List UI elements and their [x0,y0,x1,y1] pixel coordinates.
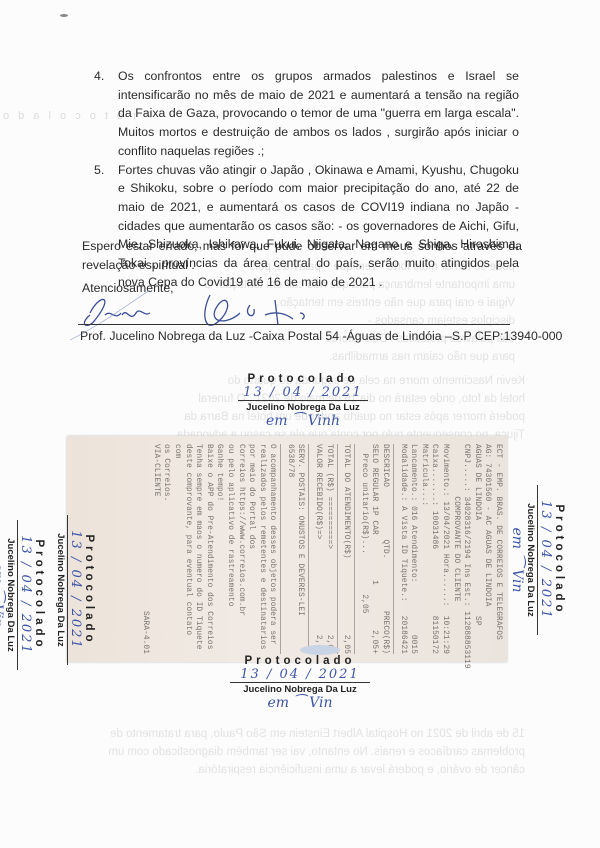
stamp-handwriting: em ⁀ Vin [509,485,525,635]
received-label: VALOR RECEBIDO(R$)=> [313,444,324,540]
scanned-document-page: P r o t o c o l a d o pode se tornar mai… [0,0,600,848]
list-item-text: Os confrontos entre os grupos armados pa… [118,69,519,158]
receipt-separator [280,444,281,654]
receipt-items-header: DESCRICAOQTD.PRECO(R$) [379,444,390,654]
receipt-meta-row: Movimento.: 13/04/2021 Hora......: 10:21… [439,444,450,654]
stamp-date: 13 / 04 / 2021 [537,485,553,635]
stamp-name: Jucelino Nobrega Da Luz [5,520,17,670]
receipt-total: TOTAL (R$) ==========>2,05 [323,444,334,654]
receipt-separator [354,444,355,654]
stamp-title: Protocolado [238,373,368,385]
item-desc: SELO REGULAR 1P CAR [369,444,380,535]
receipt-note: Ganhe tempo! [214,444,225,654]
protocol-stamp: Protocolado 13 / 04 / 2021 Jucelino Nobr… [0,520,45,670]
meta-label: Caixa.......: 10031486 Matricula...: [418,444,439,616]
list-item-number: 5. [94,161,104,180]
ink-smudge [300,645,340,655]
scan-mark [60,14,68,17]
protocol-stamp: Protocolado 13 / 04 / 2021 Jucelino Nobr… [238,373,368,429]
meta-value: 81150172 [418,616,439,654]
receipt-note: Correios https://www.correios.com.br [235,444,246,654]
stamp-date: 13 / 04 / 2021 [238,385,368,401]
total-label: TOTAL DO ATENDIMENTO(R$) [341,444,352,559]
item-qty: 1 [369,580,380,585]
item-desc: Preco unitario(R$)... [358,444,369,554]
receipt-item-row: SELO REGULAR 1P CAR12,05+ [369,444,380,654]
total-value: 2,05 [341,635,352,654]
stamp-date: 13 / 04 / 2021 [17,520,33,670]
stamp-title: Protocolado [230,655,370,667]
receipt-note: realizados pelos remetentes e destinatar… [256,444,267,654]
list-item-number: 4. [94,67,104,86]
stamp-title: Protocolado [83,515,95,665]
item-qty: 2,05 [358,594,369,613]
stamp-title: Protocolado [33,520,45,670]
stamp-handwriting: em ⁀ Vin [230,695,370,711]
receipt-valor-recebido: VALOR RECEBIDO(R$)=>2,05 [313,444,324,654]
receipt-law-line: SERV. POSTAIS: ONUSTOS E DEVERES-LEI 653… [284,444,305,654]
receipt-header-line: AGUAS DE LINDOIA SP [471,444,482,654]
receipt-title: COMPROVANTE DO CLIENTE [450,444,461,654]
receipt-note: Tenha sempre em maos o numero do ID Tiqu… [193,444,204,654]
receipt-total-atendimento: TOTAL DO ATENDIMENTO(R$)2,05 [341,444,352,654]
list-item: 4. Os confrontos entre os grupos armados… [94,67,519,161]
postal-receipt: ECT - EMP. BRAS. DE CORREIOS E TELEGRAFO… [67,436,507,662]
receipt-header-line: CNPJ.....: 34028316/2194 Ins Est.: 11288… [461,444,472,654]
receipt-separator [337,444,338,654]
receipt-meta-row: Caixa.......: 10031486 Matricula...: 811… [418,444,439,654]
receipt-header-line: AG: 74301560 - AC AGUAS DE LINDOIA [482,444,493,654]
meta-label: Modalidade.: A Vista ID Tiquete.: [397,444,408,602]
protocol-stamp: Protocolado 13 / 04 / 2021 Jucelino Nobr… [55,515,95,665]
receipt-note: VIA-CLIENTE [150,444,161,654]
receipt-meta-row: Lancamento.: 016 Atendimento: 0015 [408,444,419,654]
stamp-name: Jucelino Nobrega Da Luz [525,485,537,635]
meta-value: 0015 [408,635,419,654]
meta-value: 10:21:29 [439,616,450,654]
total-label: TOTAL (R$) ==========> [323,444,334,549]
item-price: 2,05+ [369,630,380,654]
meta-value: 20186421 [397,616,408,654]
signature-line [78,324,510,325]
receipt-note: deste comprovante, para eventual contato… [171,444,192,654]
stamp-name: Jucelino Nobrega Da Luz [55,515,67,665]
receipt-item-row: Preco unitario(R$)...2,05 [358,444,369,654]
receipt-note: por meio do Portal dos [246,444,257,654]
receipt-version: SARA-4.01 [140,444,151,654]
signature-footer: Prof. Jucelino Nobrega da Luz -Caixa Pos… [80,329,562,343]
stamp-handwriting: em ⁀ Vinh [238,413,368,429]
meta-label: Movimento.: 13/04/2021 Hora......: [439,444,450,606]
protocol-stamp: Protocolado 13 / 04 / 2021 Jucelino Nobr… [509,485,565,635]
col-price: PRECO(R$) [379,611,390,654]
protocol-stamp: Protocolado 13 / 04 / 2021 Jucelino Nobr… [230,655,370,711]
stamp-title: Protocolado [553,485,565,635]
closing-paragraph: Espero estar errado, mas foi que pude ob… [82,237,522,274]
receipt-note: Baixe o APP do Pre-Atendimento dos Corre… [203,444,214,654]
receipt-note: os Correios. [161,444,172,654]
stamp-date: 13 / 04 / 2021 [67,515,83,665]
stamp-name: Jucelino Nobrega Da Luz [238,401,368,413]
receipt-separator [309,444,310,654]
col-desc: DESCRICAO [379,444,390,487]
stamp-name: Jucelino Nobrega Da Luz [230,683,370,695]
receipt-note: O acompanhamento desses objetos podera s… [267,444,278,654]
meta-label: Lancamento.: 016 Atendimento: [408,444,419,583]
receipt-separator [393,444,394,654]
receipt-meta-row: Modalidade.: A Vista ID Tiquete.: 201864… [397,444,408,654]
bleed-through-text: 15 de abril de 2021 no Hospital Albert E… [85,725,525,779]
receipt-header-line: ECT - EMP. BRAS. DE CORREIOS E TELEGRAFO… [492,444,503,654]
stamp-date: 13 / 04 / 2021 [230,667,370,683]
receipt-note: ou pelo aplicativo de rastreamento [224,444,235,654]
col-qty: QTD. [379,539,390,558]
